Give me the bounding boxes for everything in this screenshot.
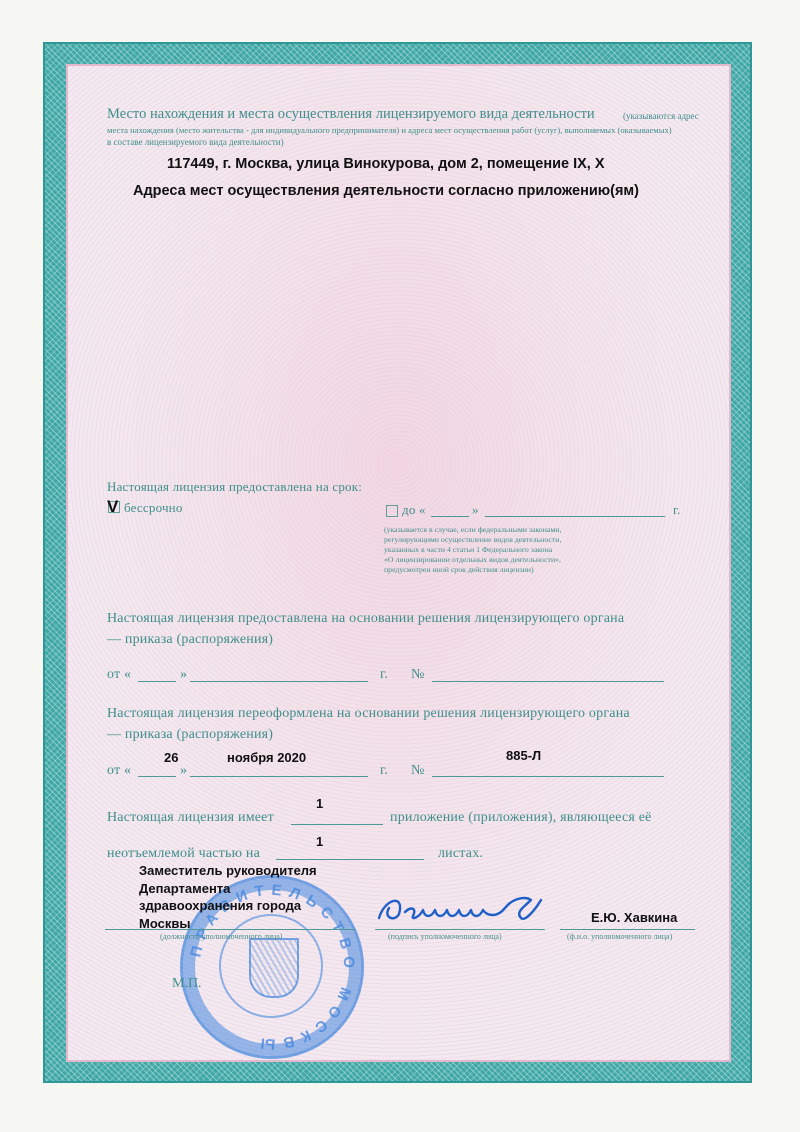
name-caption: (ф.и.о. уполномоченного лица) — [567, 932, 672, 941]
license-address: 117449, г. Москва, улица Винокурова, дом… — [167, 156, 605, 172]
until-day-field[interactable] — [431, 516, 469, 517]
until-date-checkbox[interactable] — [386, 505, 398, 517]
handwritten-signature — [375, 888, 545, 928]
position-line — [105, 929, 355, 930]
reissued-month-year: ноября 2020 — [227, 750, 306, 765]
reissued-number-field[interactable] — [432, 776, 664, 777]
appendix-line1-suffix: приложение (приложения), являющееся её — [390, 810, 652, 826]
signer-name: Е.Ю. Хавкина — [591, 910, 677, 925]
name-line — [560, 929, 695, 930]
reissued-day-field[interactable] — [138, 776, 176, 777]
reissued-number-sign: № — [411, 763, 425, 779]
term-label: Настоящая лицензия предоставлена на срок… — [107, 479, 362, 495]
until-quote: » — [472, 502, 479, 518]
reissued-day: 26 — [164, 750, 178, 765]
signature-line[interactable] — [375, 929, 545, 930]
until-month-field[interactable] — [485, 516, 665, 517]
signature-caption: (подпись уполномоченного лица) — [388, 932, 502, 941]
granted-quote: » — [180, 667, 187, 683]
signer-position: Заместитель руководителя Департамента зд… — [139, 862, 317, 932]
location-title-note: (указываются адрес — [623, 111, 699, 122]
term-note-line: предусмотрен иной срок действия лицензии… — [384, 565, 561, 575]
location-title: Место нахождения и места осуществления л… — [107, 106, 595, 123]
granted-from: от « — [107, 667, 131, 683]
check-mark-icon: V — [107, 497, 118, 517]
granted-number-sign: № — [411, 667, 425, 683]
signer-position-line: Заместитель руководителя — [139, 862, 317, 880]
term-note-line: указанных в части 4 статьи 1 Федеральног… — [384, 545, 561, 555]
appendix-line1-prefix: Настоящая лицензия имеет — [107, 810, 274, 826]
appendix-count-field[interactable] — [291, 824, 383, 825]
reissued-quote: » — [180, 763, 187, 779]
appendix-count: 1 — [316, 796, 323, 811]
reissued-number: 885-Л — [506, 748, 541, 763]
unlimited-label: бессрочно — [124, 500, 183, 516]
term-note: (указывается в случае, если федеральными… — [384, 525, 561, 575]
term-note-line: «О лицензировании отдельных видов деятел… — [384, 555, 561, 565]
signer-position-line: здравоохранения города — [139, 897, 317, 915]
reissued-from: от « — [107, 763, 131, 779]
granted-line1: Настоящая лицензия предоставлена на осно… — [107, 611, 624, 627]
appendix-line2-suffix: листах. — [438, 846, 483, 862]
granted-month-field[interactable] — [190, 681, 368, 682]
signer-position-line: Департамента — [139, 880, 317, 898]
location-note-line2: места нахождения (место жительства - для… — [107, 125, 672, 136]
appendix-sheets: 1 — [316, 834, 323, 849]
until-year-suffix: г. — [673, 502, 681, 518]
reissued-line2: — приказа (распоряжения) — [107, 727, 273, 743]
location-note-line3: в составе лицензируемого вида деятельнос… — [107, 137, 284, 148]
reissued-year-suffix: г. — [380, 763, 388, 779]
granted-year-suffix: г. — [380, 667, 388, 683]
granted-number-field[interactable] — [432, 681, 664, 682]
reissued-line1: Настоящая лицензия переоформлена на осно… — [107, 706, 630, 722]
position-caption: (должность уполномоченного лица) — [160, 932, 282, 941]
granted-day-field[interactable] — [138, 681, 176, 682]
appendix-sheets-field[interactable] — [276, 859, 424, 860]
reissued-month-field[interactable] — [190, 776, 368, 777]
seal-label: М.П. — [172, 976, 202, 992]
granted-line2: — приказа (распоряжения) — [107, 632, 273, 648]
appendix-line2-prefix: неотъемлемой частью на — [107, 846, 260, 862]
until-prefix: до « — [402, 502, 426, 518]
activity-addresses-note: Адреса мест осуществления деятельности с… — [133, 183, 639, 199]
term-note-line: регулирующими осуществление видов деятел… — [384, 535, 561, 545]
term-note-line: (указывается в случае, если федеральными… — [384, 525, 561, 535]
